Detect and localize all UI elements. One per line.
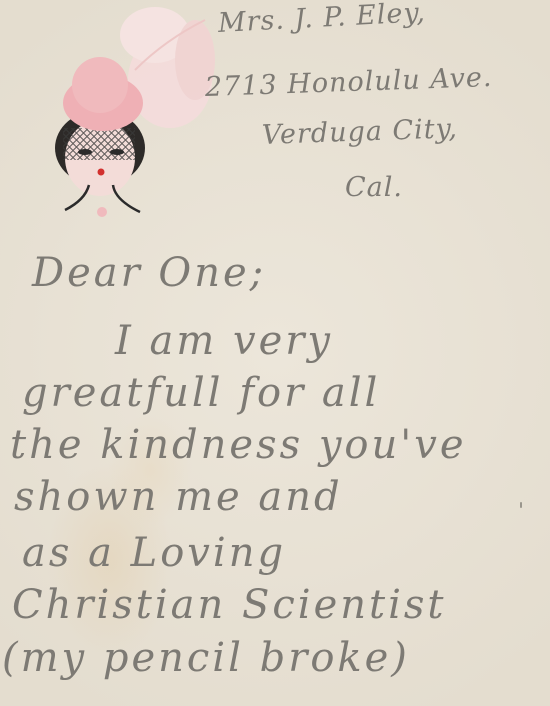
body-line: greatfull for all xyxy=(22,370,380,416)
letter-paper: Mrs. J. P. Eley, 2713 Honolulu Ave. Verd… xyxy=(0,0,550,706)
address-state: Cal. xyxy=(345,172,403,203)
lady-figure-ornament-icon xyxy=(45,0,245,230)
body-line: as a Loving xyxy=(22,530,286,576)
salutation: Dear One; xyxy=(32,250,266,296)
address-name: Mrs. J. P. Eley, xyxy=(217,0,426,39)
address-city: Verduga City, xyxy=(261,113,458,151)
pencil-mark xyxy=(520,502,522,508)
address-street: 2713 Honolulu Ave. xyxy=(204,62,493,103)
body-line: shown me and xyxy=(14,474,343,520)
body-line: (my pencil broke) xyxy=(2,635,410,681)
body-line: the kindness you've xyxy=(10,422,467,468)
body-line: I am very xyxy=(115,318,333,364)
body-line: Christian Scientist xyxy=(12,582,447,628)
